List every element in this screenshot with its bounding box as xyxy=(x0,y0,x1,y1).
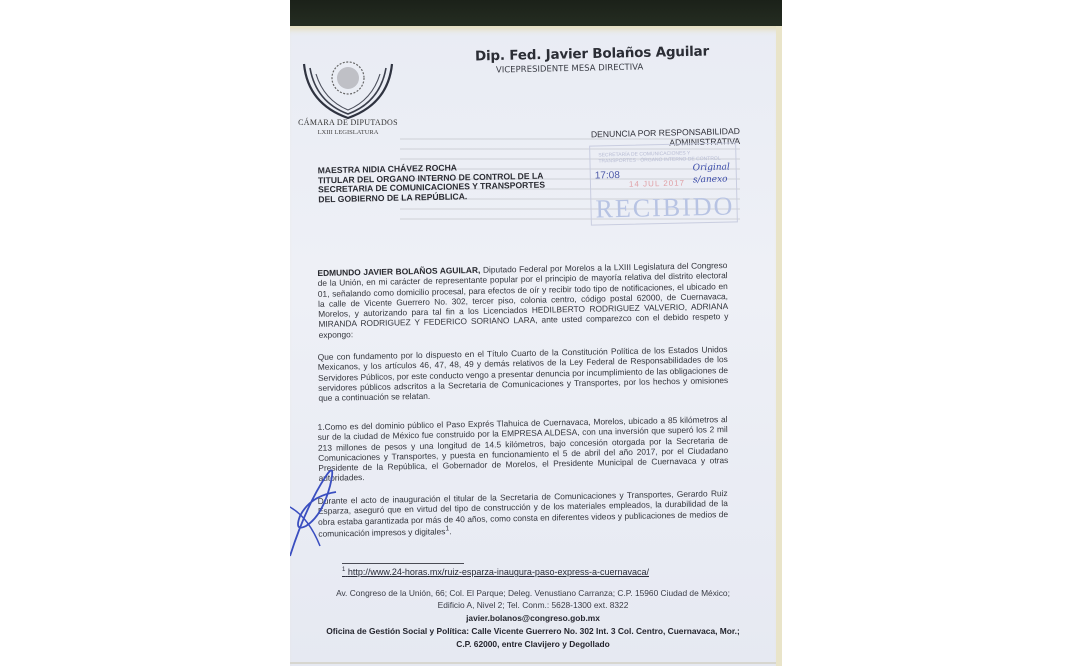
footnote-divider xyxy=(342,563,464,564)
signature-icon xyxy=(290,446,346,566)
stamp-date: 14 JUL 2017 xyxy=(629,179,685,189)
stamp-label: RECIBIDO xyxy=(595,191,734,224)
sender-name: Dip. Fed. Javier Bolaños Aguilar xyxy=(475,44,709,65)
paragraph-4-text: Durante el acto de inauguración el titul… xyxy=(318,488,729,539)
stamp-time: 17:08 xyxy=(595,170,620,182)
note-line-2: s/anexo xyxy=(693,173,731,186)
paragraph-fact-1: 1.Como es del dominio público el Paso Ex… xyxy=(317,414,728,484)
document-photo: CÁMARA DE DIPUTADOS LXIII LEGISLATURA Di… xyxy=(290,0,782,666)
paragraph-fact-2: Durante el acto de inauguración el titul… xyxy=(318,488,729,539)
recipient-block: MAESTRA NIDIA CHÁVEZ ROCHA TITULAR DEL O… xyxy=(318,162,546,205)
legislature-label: LXIII LEGISLATURA xyxy=(298,129,398,136)
footer-postal: C.P. 62000, entre Clavijero y Degollado xyxy=(290,639,776,649)
paragraph-legal-basis: Que con fundamento por lo dispuesto en e… xyxy=(318,344,729,403)
paragraph-introduction: EDMUNDO JAVIER BOLAÑOS AGUILAR, Diputado… xyxy=(317,260,728,340)
footnote: 1 http://www.24-horas.mx/ruiz-esparza-in… xyxy=(342,567,649,577)
handwritten-note: Original s/anexo xyxy=(693,161,731,186)
sender-role: VICEPRESIDENTE MESA DIRECTIVA xyxy=(496,62,643,75)
footer-office: Oficina de Gestión Social y Política: Ca… xyxy=(290,626,776,636)
institution-name: CÁMARA DE DIPUTADOS xyxy=(298,118,398,127)
document-page: CÁMARA DE DIPUTADOS LXIII LEGISLATURA Di… xyxy=(290,26,782,666)
note-line-1: Original xyxy=(693,161,731,174)
footnote-reference: 1 xyxy=(445,525,449,532)
received-stamp: SECRETARÍA DE COMUNICACIONES Y TRANSPORT… xyxy=(589,142,738,225)
mexican-coat-of-arms-icon xyxy=(298,54,398,126)
footer-phone: Edificio A, Nivel 2; Tel. Conm.: 5628-13… xyxy=(290,600,776,610)
footer-email: javier.bolanos@congreso.gob.mx xyxy=(290,613,776,623)
footnote-link[interactable]: http://www.24-horas.mx/ruiz-esparza-inau… xyxy=(348,567,649,577)
footer-address: Av. Congreso de la Unión, 66; Col. El Pa… xyxy=(290,588,776,598)
footnote-mark: 1 xyxy=(342,567,345,573)
paper-edge xyxy=(290,662,776,664)
